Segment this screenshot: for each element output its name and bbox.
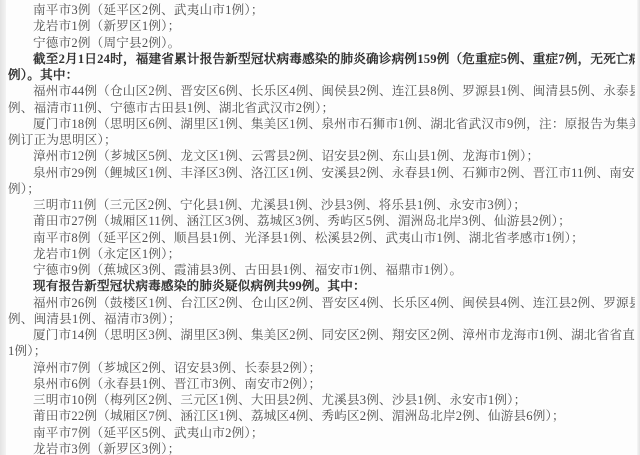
text-line: 龙岩市1例（永定区1例）； xyxy=(8,246,635,262)
text-line: 漳州市7例（芗城区2例、诏安县3例、长泰县2例）； xyxy=(8,360,635,376)
text-line: 例订正为思明区）； xyxy=(8,132,635,148)
text-line: 厦门市14例（思明区3例、湖里区3例、集美区2例、同安区2例、翔安区2例、漳州市… xyxy=(8,327,635,343)
text-line: 例、福清市11例、宁德市古田县1例、湖北省武汉市2例）； xyxy=(8,100,635,116)
article-page: 南平市3例（延平区2例、武夷山市1例）；龙岩市1例（新罗区1例）；宁德市2例（周… xyxy=(0,0,640,455)
text-line: 泉州市6例（永春县1例、晋江市3例、南安市2例）； xyxy=(8,376,635,392)
text-line: 龙岩市1例（新罗区1例）； xyxy=(8,18,635,34)
text-line: 福州市26例（鼓楼区1例、台江区2例、仓山区2例、晋安区4例、长乐区4例、闽侯县… xyxy=(8,295,635,311)
text-line: 宁德市2例（周宁县2例）。 xyxy=(8,35,635,51)
text-line: 莆田市22例（城厢区7例、涵江区1例、荔城区4例、秀屿区2例、湄洲岛北岸2例、仙… xyxy=(8,408,635,424)
text-line: 截至2月1日24时，福建省累计报告新型冠状病毒感染的肺炎确诊病例159例（危重症… xyxy=(8,51,635,67)
text-line: 例、闽清县1例、福清市3例）； xyxy=(8,311,635,327)
text-line: 莆田市27例（城厢区11例、涵江区3例、荔城区3例、秀屿区5例、湄洲岛北岸3例、… xyxy=(8,213,635,229)
text-line: 宁德市9例（蕉城区3例、霞浦县3例、古田县1例、福安市1例、福鼎市1例）。 xyxy=(8,262,635,278)
text-line: 例）。其中： xyxy=(8,67,635,83)
text-line: 例）； xyxy=(8,181,635,197)
text-line: 南平市8例（延平区2例、顺昌县1例、光泽县1例、松溪县2例、武夷山市1例、湖北省… xyxy=(8,230,635,246)
text-line: 南平市3例（延平区2例、武夷山市1例）； xyxy=(8,2,635,18)
page-left-edge xyxy=(0,0,6,455)
text-line: 厦门市18例（思明区6例、湖里区1例、集美区1例、泉州市石狮市1例、湖北省武汉市… xyxy=(8,116,635,132)
text-line: 1例）； xyxy=(8,343,635,359)
text-line: 三明市11例（三元区2例、宁化县1例、尤溪县1例、沙县3例、将乐县1例、永安市3… xyxy=(8,197,635,213)
text-line: 泉州市29例（鲤城区1例、丰泽区3例、洛江区1例、安溪县2例、永春县1例、石狮市… xyxy=(8,165,635,181)
text-line: 龙岩市3例（新罗区3例）； xyxy=(8,441,635,455)
text-line: 南平市7例（延平区5例、武夷山市2例）； xyxy=(8,425,635,441)
document-body: 南平市3例（延平区2例、武夷山市1例）；龙岩市1例（新罗区1例）；宁德市2例（周… xyxy=(8,2,635,455)
text-line: 福州市44例（仓山区2例、晋安区6例、长乐区4例、闽侯县2例、连江县8例、罗源县… xyxy=(8,83,635,99)
text-line: 三明市10例（梅列区2例、三元区1例、大田县2例、尤溪县3例、沙县1例、永安市1… xyxy=(8,392,635,408)
text-line: 现有报告新型冠状病毒感染的肺炎疑似病例共99例。其中： xyxy=(8,278,635,294)
text-line: 漳州市12例（芗城区5例、龙文区1例、云霄县2例、诏安县2例、东山县1例、龙海市… xyxy=(8,148,635,164)
